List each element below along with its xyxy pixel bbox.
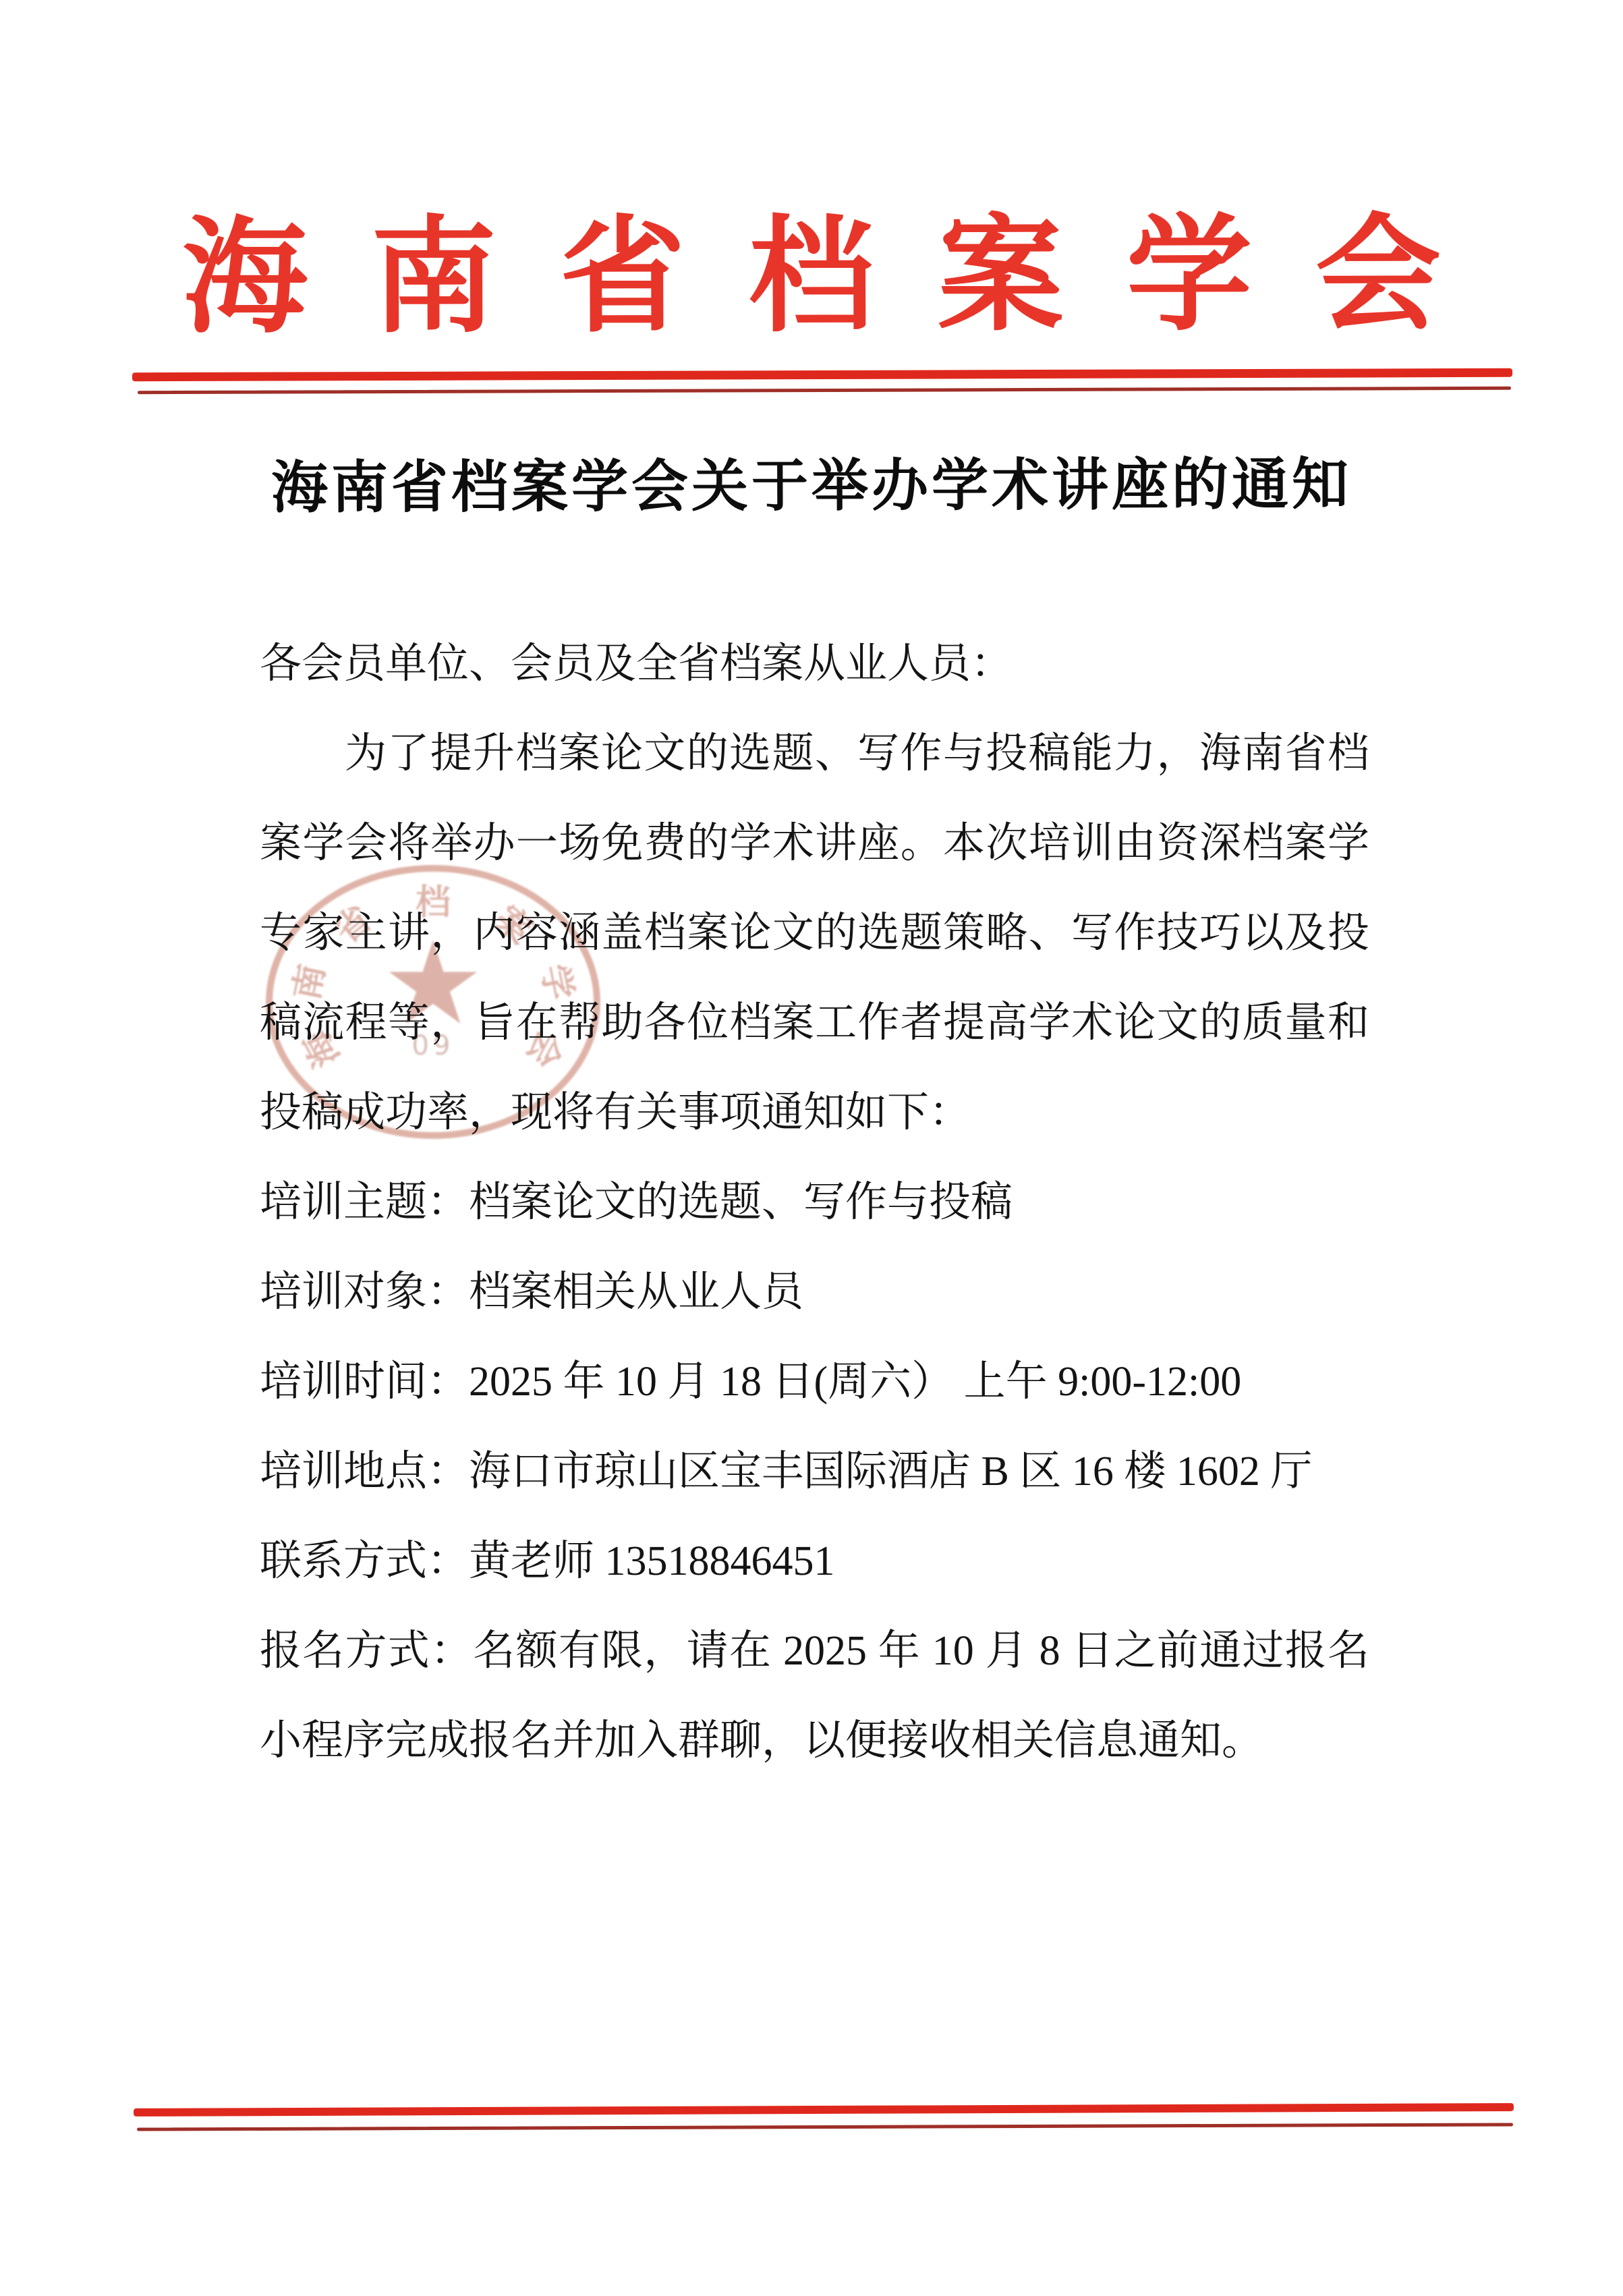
header-rule-thick (132, 368, 1512, 381)
body-line: 报名方式：名额有限，请在 2025 年 10 月 8 日之前通过报名 (260, 1606, 1369, 1696)
body-line: 为了提升档案论文的选题、写作与投稿能力，海南省档 (260, 709, 1369, 799)
body-line: 培训时间：2025 年 10 月 18 日(周六） 上午 9:00-12:00 (260, 1337, 1369, 1427)
letterhead-title: 海南省档案学会 (0, 213, 1623, 342)
body-line: 稿流程等，旨在帮助各位档案工作者提高学术论文的质量和 (260, 978, 1369, 1068)
notice-body: 各会员单位、会员及全省档案从业人员：为了提升档案论文的选题、写作与投稿能力，海南… (260, 619, 1369, 1786)
body-line: 专家主讲，内容涵盖档案论文的选题策略、写作技巧以及投 (260, 889, 1369, 978)
body-line: 投稿成功率，现将有关事项通知如下： (260, 1068, 1369, 1158)
notice-title: 海南省档案学会关于举办学术讲座的通知 (0, 451, 1623, 522)
header-rule-thin (138, 387, 1511, 394)
document-page: 海南省档案学会 海南省档案学会关于举办学术讲座的通知 海南省档案学会 ★ 09 … (0, 0, 1623, 2296)
body-line: 培训对象：档案相关从业人员 (260, 1248, 1369, 1337)
footer-rule-thin (137, 2123, 1513, 2131)
body-line: 培训地点：海口市琼山区宝丰国际酒店 B 区 16 楼 1602 厅 (260, 1427, 1369, 1517)
footer-rule-thick (134, 2103, 1514, 2117)
body-line: 各会员单位、会员及全省档案从业人员： (260, 619, 1369, 709)
body-line: 小程序完成报名并加入群聊，以便接收相关信息通知。 (260, 1696, 1369, 1786)
body-line: 联系方式：黄老师 13518846451 (260, 1517, 1369, 1606)
body-line: 培训主题：档案论文的选题、写作与投稿 (260, 1158, 1369, 1248)
body-line: 案学会将举办一场免费的学术讲座。本次培训由资深档案学 (260, 799, 1369, 889)
